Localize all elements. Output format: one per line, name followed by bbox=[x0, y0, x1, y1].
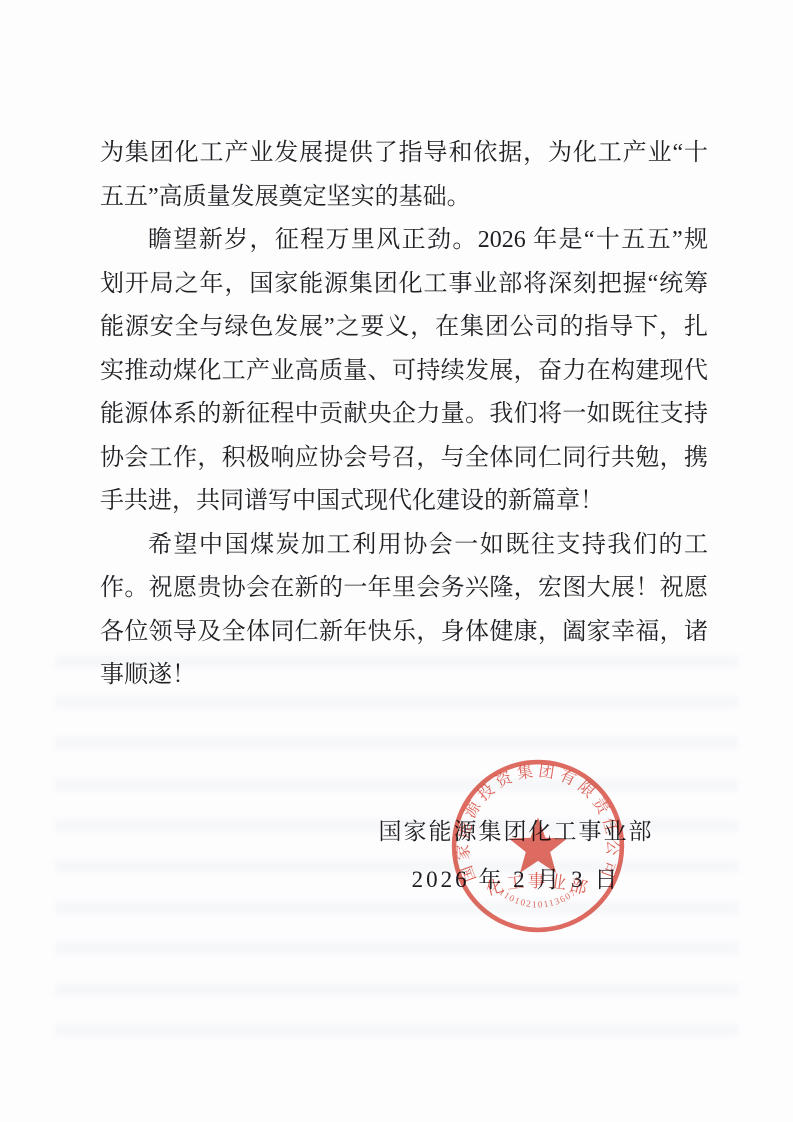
body-line: 能源体系的新征程中贡献央企力量。我们将一如既往支持 bbox=[100, 393, 708, 437]
scanned-letter-page: 为集团化工产业发展提供了指导和依据，为化工产业“十五五”高质量发展奠定坚实的基础… bbox=[0, 0, 793, 1122]
body-line: 事顺遂！ bbox=[100, 654, 708, 698]
body-line: 瞻望新岁，征程万里风正劲。2026 年是“十五五”规 bbox=[100, 219, 708, 263]
body-line: 作。祝愿贵协会在新的一年里会务兴隆，宏图大展！祝愿 bbox=[100, 567, 708, 611]
paragraph: 希望中国煤炭加工利用协会一如既往支持我们的工作。祝愿贵协会在新的一年里会务兴隆，… bbox=[100, 524, 708, 698]
body-line: 五五”高质量发展奠定坚实的基础。 bbox=[100, 176, 708, 220]
paragraph: 为集团化工产业发展提供了指导和依据，为化工产业“十五五”高质量发展奠定坚实的基础… bbox=[100, 132, 708, 219]
paragraph: 瞻望新岁，征程万里风正劲。2026 年是“十五五”规划开局之年，国家能源集团化工… bbox=[100, 219, 708, 524]
letter-body: 为集团化工产业发展提供了指导和依据，为化工产业“十五五”高质量发展奠定坚实的基础… bbox=[100, 132, 708, 698]
body-line: 划开局之年，国家能源集团化工事业部将深刻把握“统筹 bbox=[100, 263, 708, 307]
body-line: 手共进，共同谱写中国式现代化建设的新篇章！ bbox=[100, 480, 708, 524]
body-line: 为集团化工产业发展提供了指导和依据，为化工产业“十 bbox=[100, 132, 708, 176]
signature-block: 国家能源集团化工事业部 2026 年 2 月 3 日 bbox=[330, 808, 702, 904]
body-line: 希望中国煤炭加工利用协会一如既往支持我们的工 bbox=[100, 524, 708, 568]
body-line: 实推动煤化工产业高质量、可持续发展，奋力在构建现代 bbox=[100, 350, 708, 394]
body-line: 协会工作，积极响应协会号召，与全体同仁同行共勉，携 bbox=[100, 437, 708, 481]
body-line: 能源安全与绿色发展”之要义，在集团公司的指导下，扎 bbox=[100, 306, 708, 350]
body-line: 各位领导及全体同仁新年快乐，身体健康，阖家幸福，诸 bbox=[100, 611, 708, 655]
signature-organization: 国家能源集团化工事业部 bbox=[330, 808, 702, 856]
signature-date: 2026 年 2 月 3 日 bbox=[330, 856, 702, 904]
